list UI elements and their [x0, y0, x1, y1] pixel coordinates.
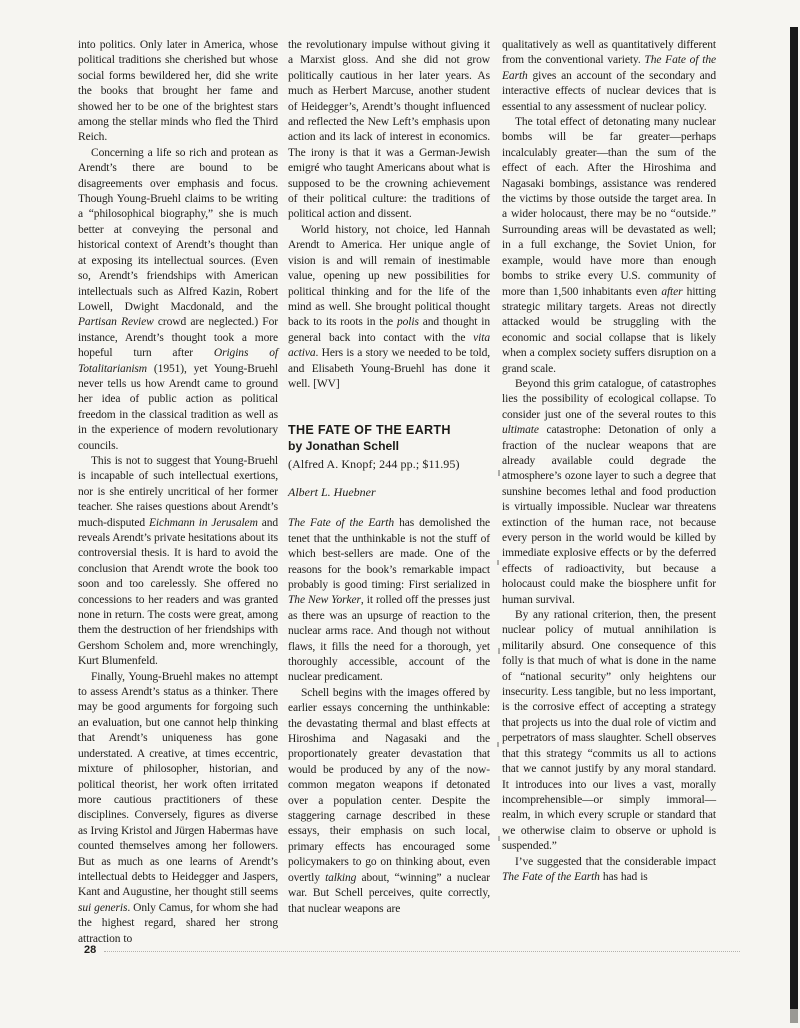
text-run: (1951), yet Young-Bruehl never tells us … [78, 363, 278, 452]
paragraph: into politics. Only later in America, wh… [78, 38, 278, 146]
scan-edge-artifact [790, 27, 798, 1009]
scan-speck [497, 560, 499, 565]
paragraph: Finally, Young-Bruehl makes no attempt t… [78, 670, 278, 947]
italic-text-run: The Fate of the Earth [288, 517, 394, 529]
text-run: , it rolled off the presses just as ther… [288, 594, 490, 683]
text-run: World history, not choice, led Hannah Ar… [288, 224, 490, 328]
text-run: . Hers is a story we needed to be told, … [288, 347, 490, 390]
paragraph: The total effect of detonating many nucl… [502, 115, 716, 377]
review-byline: by Jonathan Schell [288, 438, 490, 454]
text-run: The total effect of detonating many nucl… [502, 116, 716, 297]
italic-text-run: Partisan Review [78, 316, 154, 328]
text-column-2: the revolutionary impulse without giving… [288, 38, 490, 917]
text-run: I’ve suggested that the considerable imp… [515, 856, 716, 868]
paragraph: I’ve suggested that the considerable imp… [502, 855, 716, 886]
italic-text-run: The New Yorker [288, 594, 361, 606]
text-run: the revolutionary impulse without giving… [288, 39, 490, 220]
italic-text-run: Eichmann in Jerusalem [149, 517, 258, 529]
paragraph: the revolutionary impulse without giving… [288, 38, 490, 223]
italic-text-run: after [661, 286, 682, 298]
review-title: THE FATE OF THE EARTH [288, 422, 490, 438]
italic-text-run: ultimate [502, 424, 539, 436]
text-run: Albert L. Huebner [288, 485, 376, 499]
paragraph: Beyond this grim catalogue, of catastrop… [502, 377, 716, 608]
italic-text-run: polis [397, 316, 419, 328]
paragraph: qualitatively as well as quantitatively … [502, 38, 716, 115]
scan-edge-shadow [790, 1009, 798, 1023]
text-run: catastrophe: Detonation of only a fracti… [502, 424, 716, 605]
paragraph: By any rational criterion, then, the pre… [502, 608, 716, 855]
scan-speck [498, 470, 500, 476]
text-column-3: qualitatively as well as quantitatively … [502, 38, 716, 885]
text-run: (Alfred A. Knopf; 244 pp.; $11.95) [288, 457, 460, 471]
scan-speck [498, 836, 500, 841]
text-run: into politics. Only later in America, wh… [78, 39, 278, 143]
scan-speck [497, 742, 499, 747]
text-run: has had is [600, 871, 648, 883]
scan-speck [498, 648, 500, 654]
paragraph: Concerning a life so rich and protean as… [78, 146, 278, 454]
text-run: gives an account of the secondary and in… [502, 70, 716, 113]
italic-text-run: talking [325, 872, 356, 884]
paragraph: The Fate of the Earth has demolished the… [288, 516, 490, 685]
reviewer-name: Albert L. Huebner [288, 485, 490, 500]
paragraph: World history, not choice, led Hannah Ar… [288, 223, 490, 392]
text-run: and reveals Arendt’s private hesitations… [78, 517, 278, 668]
review-publisher-info: (Alfred A. Knopf; 244 pp.; $11.95) [288, 456, 490, 472]
text-run: Concerning a life so rich and protean as… [78, 147, 278, 313]
paragraph: This is not to suggest that Young-Bruehl… [78, 454, 278, 670]
text-run: Beyond this grim catalogue, of catastrop… [502, 378, 716, 421]
text-column-1: into politics. Only later in America, wh… [78, 38, 278, 947]
italic-text-run: sui generis [78, 902, 127, 914]
page-number: 28 [84, 944, 96, 956]
paragraph: Schell begins with the images offered by… [288, 686, 490, 917]
text-run: Schell begins with the images offered by… [288, 687, 490, 884]
text-run: hitting strategic military targets. Area… [502, 286, 716, 375]
text-run: THE FATE OF THE EARTH [288, 423, 451, 437]
dotted-rule [104, 951, 740, 952]
text-run: By any rational criterion, then, the pre… [502, 609, 716, 852]
text-run: by Jonathan Schell [288, 439, 399, 453]
text-run: Finally, Young-Bruehl makes no attempt t… [78, 671, 278, 899]
italic-text-run: The Fate of the Earth [502, 871, 600, 883]
scanned-page: into politics. Only later in America, wh… [0, 0, 800, 1028]
